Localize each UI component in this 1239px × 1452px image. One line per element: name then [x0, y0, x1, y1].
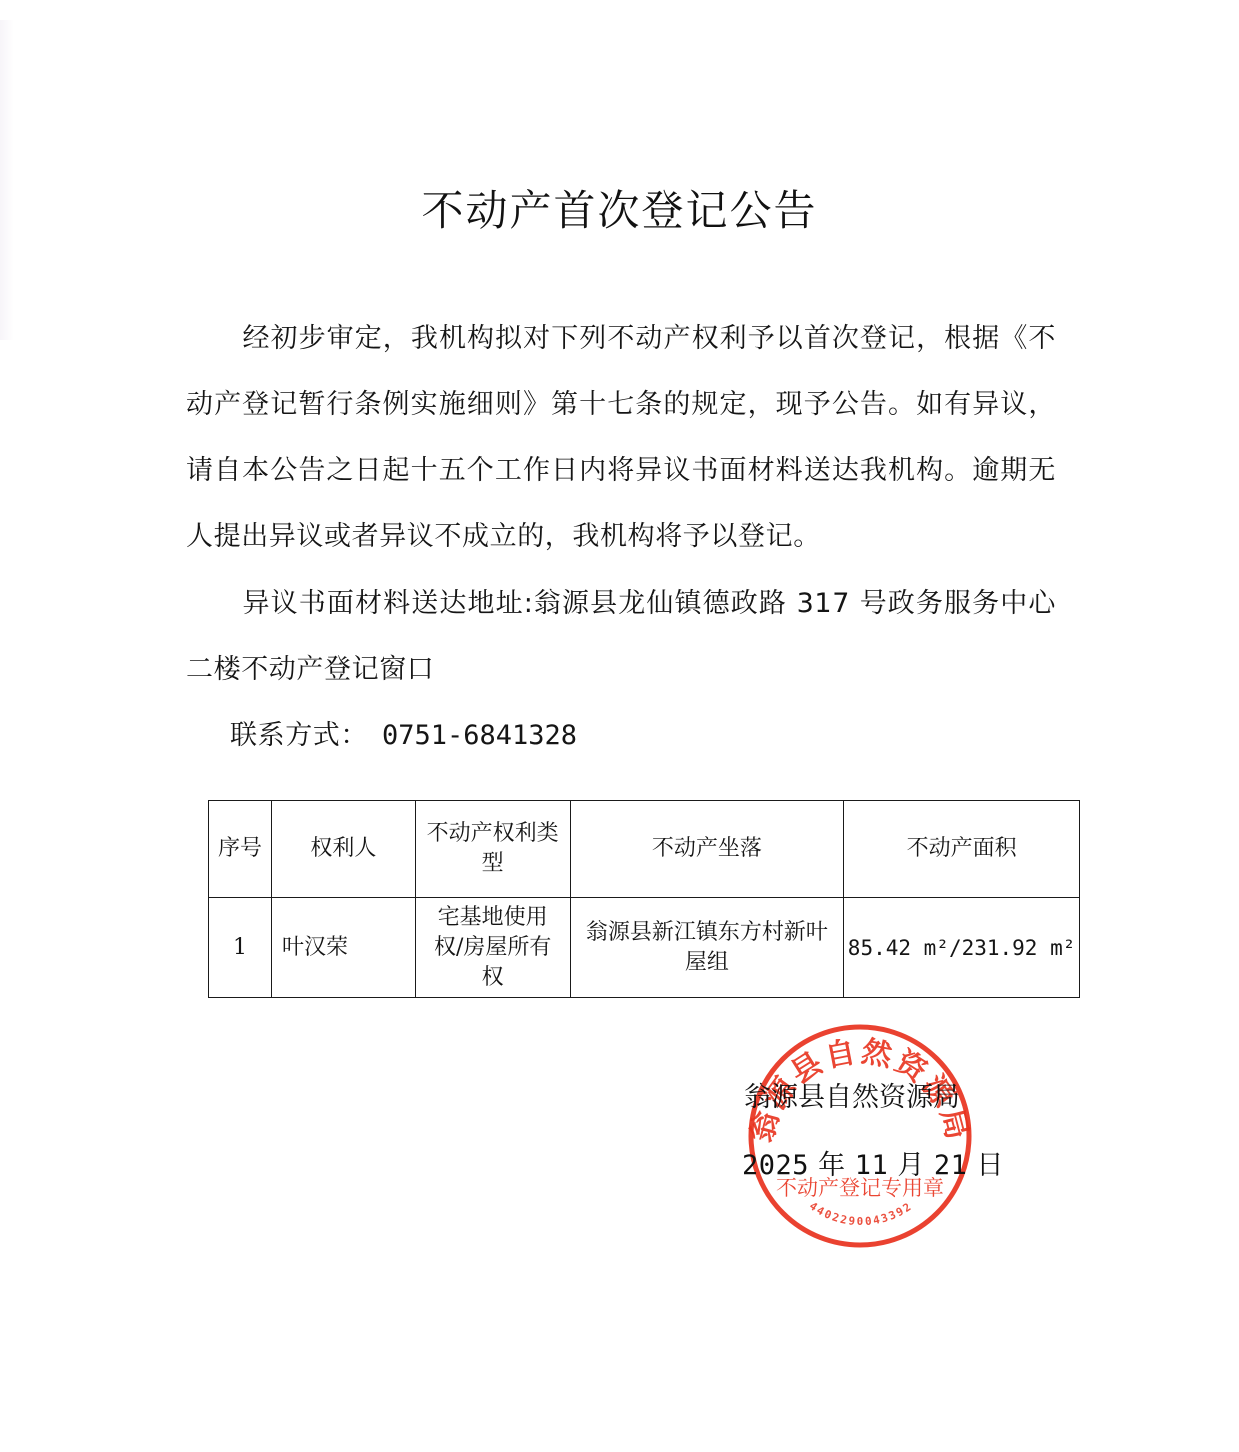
- table-row: 1 叶汉荣 宅基地使用权/房屋所有权 翁源县新江镇东方村新叶屋组 85.42 m…: [209, 898, 1080, 998]
- contact-label: 联系方式：: [230, 720, 368, 751]
- date-day-unit: 日: [977, 1150, 1005, 1181]
- svg-text:4402290043392: 4402290043392: [807, 1199, 915, 1228]
- cell-area: 85.42 m²/231.92 m²: [844, 898, 1080, 998]
- header-owner: 权利人: [271, 801, 415, 898]
- header-area: 不动产面积: [844, 801, 1080, 898]
- issuer-name: 翁源县自然资源局: [744, 1080, 960, 1116]
- cell-index: 1: [209, 898, 272, 998]
- cell-location: 翁源县新江镇东方村新叶屋组: [570, 898, 844, 998]
- contact-phone: 0751-6841328: [382, 720, 577, 751]
- registration-table: 序号 权利人 不动产权利类型 不动产坐落 不动产面积 1 叶汉荣 宅基地使用权/…: [208, 800, 1080, 998]
- date-year-unit: 年: [818, 1150, 846, 1181]
- address-paragraph: 异议书面材料送达地址:翁源县龙仙镇德政路 317 号政务服务中心二楼不动产登记窗…: [186, 571, 1056, 703]
- date-month-unit: 月: [897, 1150, 925, 1181]
- address-text: 异议书面材料送达地址:翁源县龙仙镇德政路 317 号政务服务中心二楼不动产登记窗…: [186, 588, 1056, 685]
- cell-owner: 叶汉荣: [271, 898, 415, 998]
- issue-date: 2025 年 11 月 21 日: [742, 1148, 1004, 1184]
- header-index: 序号: [209, 801, 272, 898]
- cell-right-type: 宅基地使用权/房屋所有权: [415, 898, 570, 998]
- contact-line: 联系方式：0751-6841328: [230, 703, 1100, 769]
- seal-ring: [751, 1027, 969, 1245]
- date-month: 11: [855, 1150, 889, 1181]
- header-right-type: 不动产权利类型: [415, 801, 570, 898]
- date-year: 2025: [742, 1150, 809, 1181]
- intro-paragraph: 经初步审定，我机构拟对下列不动产权利予以首次登记，根据《不动产登记暂行条例实施细…: [186, 306, 1056, 570]
- date-day: 21: [934, 1150, 968, 1181]
- page-title: 不动产首次登记公告: [0, 178, 1239, 238]
- intro-text: 经初步审定，我机构拟对下列不动产权利予以首次登记，根据《不动产登记暂行条例实施细…: [186, 323, 1056, 552]
- official-seal-stamp: 翁源县自然资源局 不动产登记专用章 4402290043392: [745, 1023, 975, 1249]
- table-header-row: 序号 权利人 不动产权利类型 不动产坐落 不动产面积: [209, 801, 1080, 898]
- seal-code: 4402290043392: [807, 1199, 915, 1228]
- header-location: 不动产坐落: [570, 801, 844, 898]
